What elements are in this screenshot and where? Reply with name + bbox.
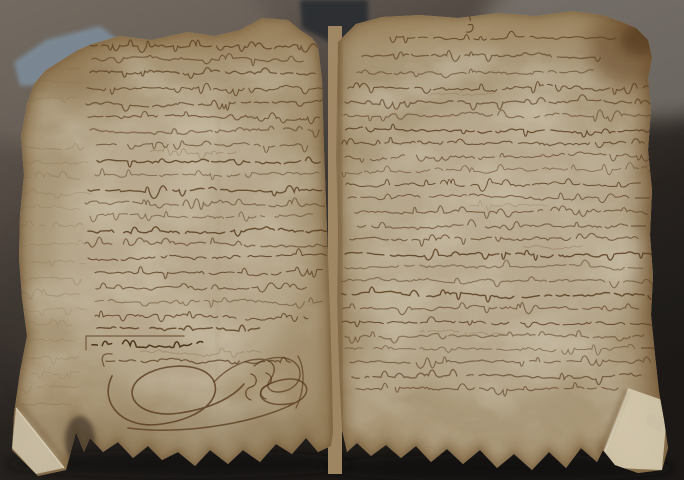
photo-grain — [0, 0, 684, 480]
manuscript-photo — [0, 0, 684, 480]
manuscript-scan — [0, 0, 684, 480]
